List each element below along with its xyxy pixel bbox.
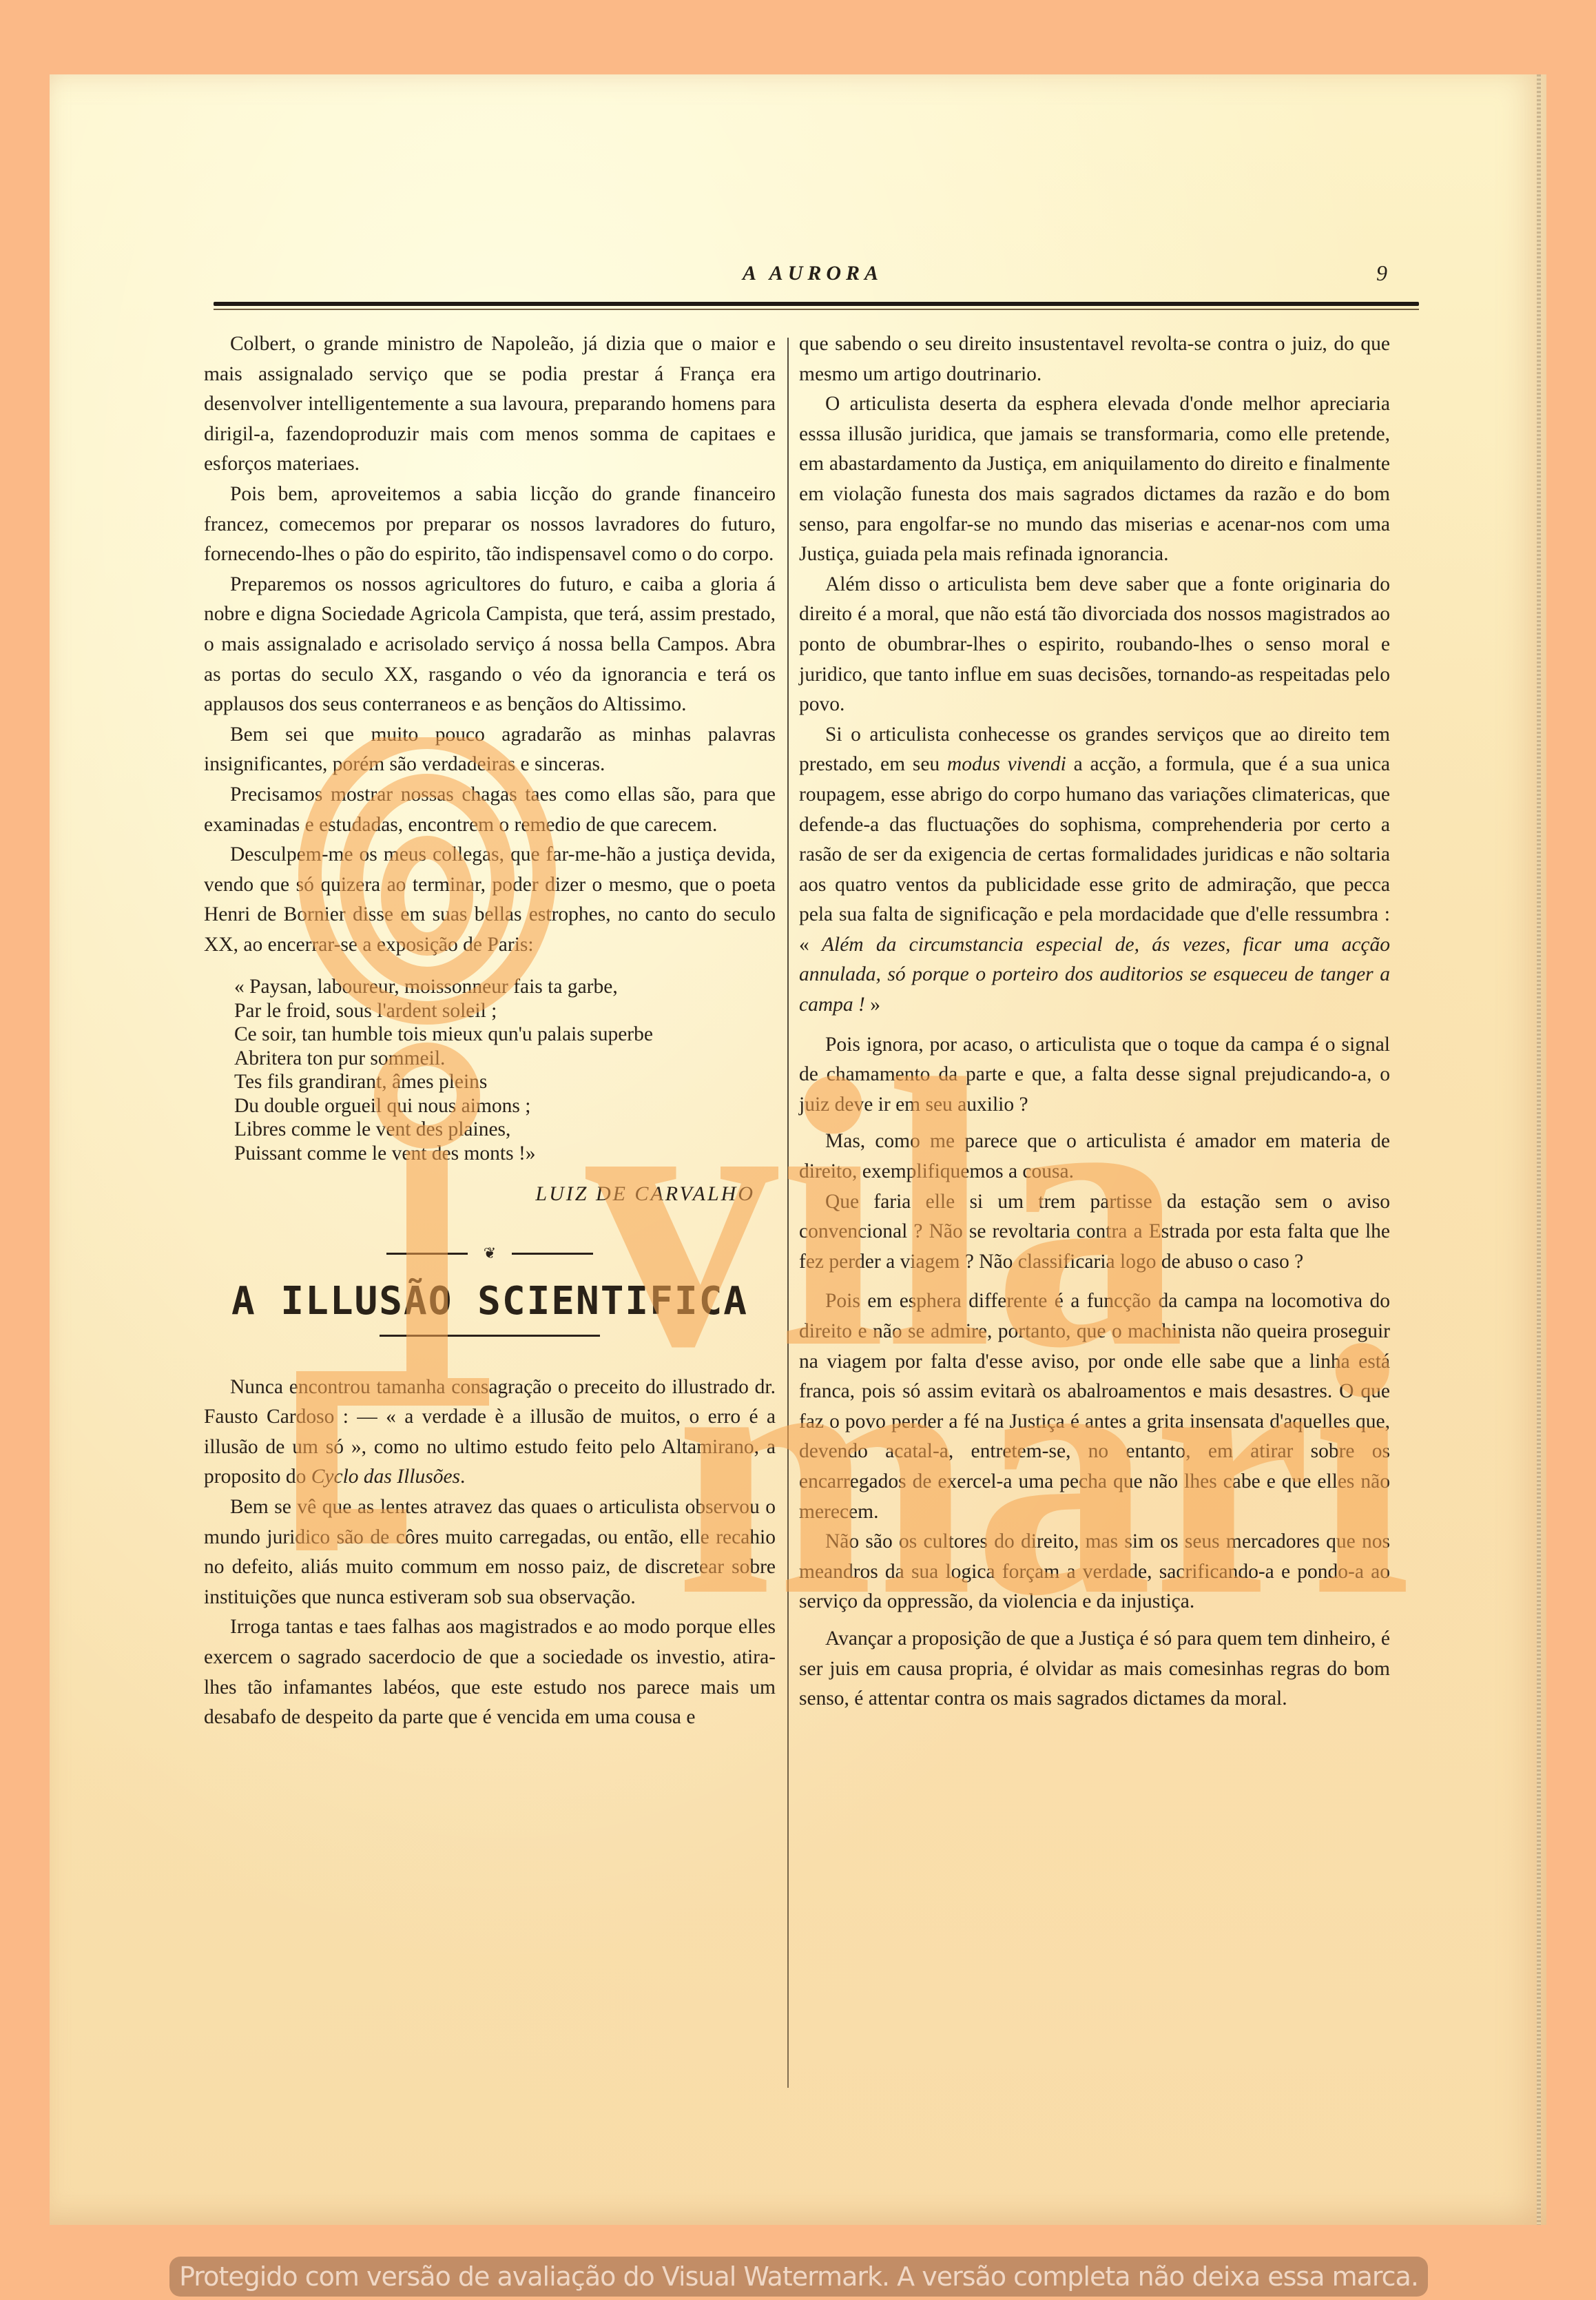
verse-line: Par le froid, sous l'ardent soleil ;	[234, 999, 776, 1023]
french-verse-quote: « Paysan, laboureur, moissonneur fais ta…	[234, 975, 776, 1165]
paragraph: Desculpem-me os meus collegas, que far-m…	[204, 840, 776, 960]
evaluation-watermark-banner: Protegido com versão de avaliação do Vis…	[169, 2257, 1428, 2297]
ornament-line-left	[386, 1253, 468, 1255]
paragraph: Preparemos os nossos agricultores do fut…	[204, 570, 776, 720]
header-rule-thick	[214, 302, 1419, 306]
masthead-title: A AURORA	[207, 262, 1419, 285]
paragraph: Precisamos mostrar nossas chagas taes co…	[204, 780, 776, 840]
page-number: 9	[1376, 260, 1387, 286]
paragraph: Bem sei que muito pouco agradarão as min…	[204, 720, 776, 780]
paragraph: Pois bem, aproveitemos a sabia licção do…	[204, 480, 776, 570]
right-column: que sabendo o seu direito insustentavel …	[799, 329, 1390, 1714]
paragraph: Não são os cultores do direito, mas sim …	[799, 1527, 1390, 1617]
verse-line: Puissant comme le vent des monts !»	[234, 1142, 776, 1166]
title-underline-rule	[380, 1335, 600, 1337]
article-body-left: Nunca encontrou tamanha consagração o pr…	[204, 1373, 776, 1733]
column-divider	[787, 338, 789, 2088]
paragraph: Avançar a proposição de que a Justiça é …	[799, 1624, 1390, 1714]
paragraph: Além disso o articulista bem deve saber …	[799, 570, 1390, 720]
paragraph: O articulista deserta da esphera elevada…	[799, 389, 1390, 570]
paragraph: Que faria elle si um trem partisse da es…	[799, 1187, 1390, 1277]
italic-title: Cyclo das Illusões	[311, 1466, 460, 1488]
paragraph: Mas, como me parece que o articulista é …	[799, 1127, 1390, 1187]
running-header: A AURORA 9	[207, 252, 1419, 335]
verse-line: Libres comme le vent des plaines,	[234, 1118, 776, 1142]
verse-line: Du double orgueil qui nous aimons ;	[234, 1094, 776, 1118]
verse-line: Tes fils grandirant, âmes pleins	[234, 1070, 776, 1094]
paragraph: Pois ignora, por acaso, o articulista qu…	[799, 1030, 1390, 1120]
ornamental-divider: ❦	[386, 1245, 593, 1262]
ornament-line-right	[512, 1253, 593, 1255]
verse-line: « Paysan, laboureur, moissonneur fais ta…	[234, 975, 776, 999]
header-rule-thin	[214, 309, 1419, 310]
fleuron-icon: ❦	[468, 1245, 512, 1262]
paragraph: Nunca encontrou tamanha consagração o pr…	[204, 1373, 776, 1492]
paragraph: Bem se vê que as lentes atravez das quae…	[204, 1492, 776, 1612]
paragraph: Irroga tantas e taes falhas aos magistra…	[204, 1612, 776, 1732]
verse-line: Abritera ton pur sommeil.	[234, 1047, 776, 1071]
paragraph-continuation: que sabendo o seu direito insustentavel …	[799, 329, 1390, 389]
paragraph: Si o articulista conhecesse os grandes s…	[799, 720, 1390, 1020]
author-signature: LUIZ DE CARVALHO	[204, 1179, 755, 1209]
verse-line: Ce soir, tan humble tois mieux qun'u pal…	[234, 1023, 776, 1047]
paragraph: Pois em esphera differente é a funcção d…	[799, 1286, 1390, 1527]
article-title: A ILLUSÃO SCIENTIFICA	[204, 1286, 776, 1317]
italic-quote: Além da circumstancia especial de, ás ve…	[799, 934, 1390, 1016]
italic-phrase: modus vivendi	[947, 753, 1066, 775]
paragraph: Colbert, o grande ministro de Napoleão, …	[204, 329, 776, 480]
left-column: Colbert, o grande ministro de Napoleão, …	[204, 329, 776, 1733]
